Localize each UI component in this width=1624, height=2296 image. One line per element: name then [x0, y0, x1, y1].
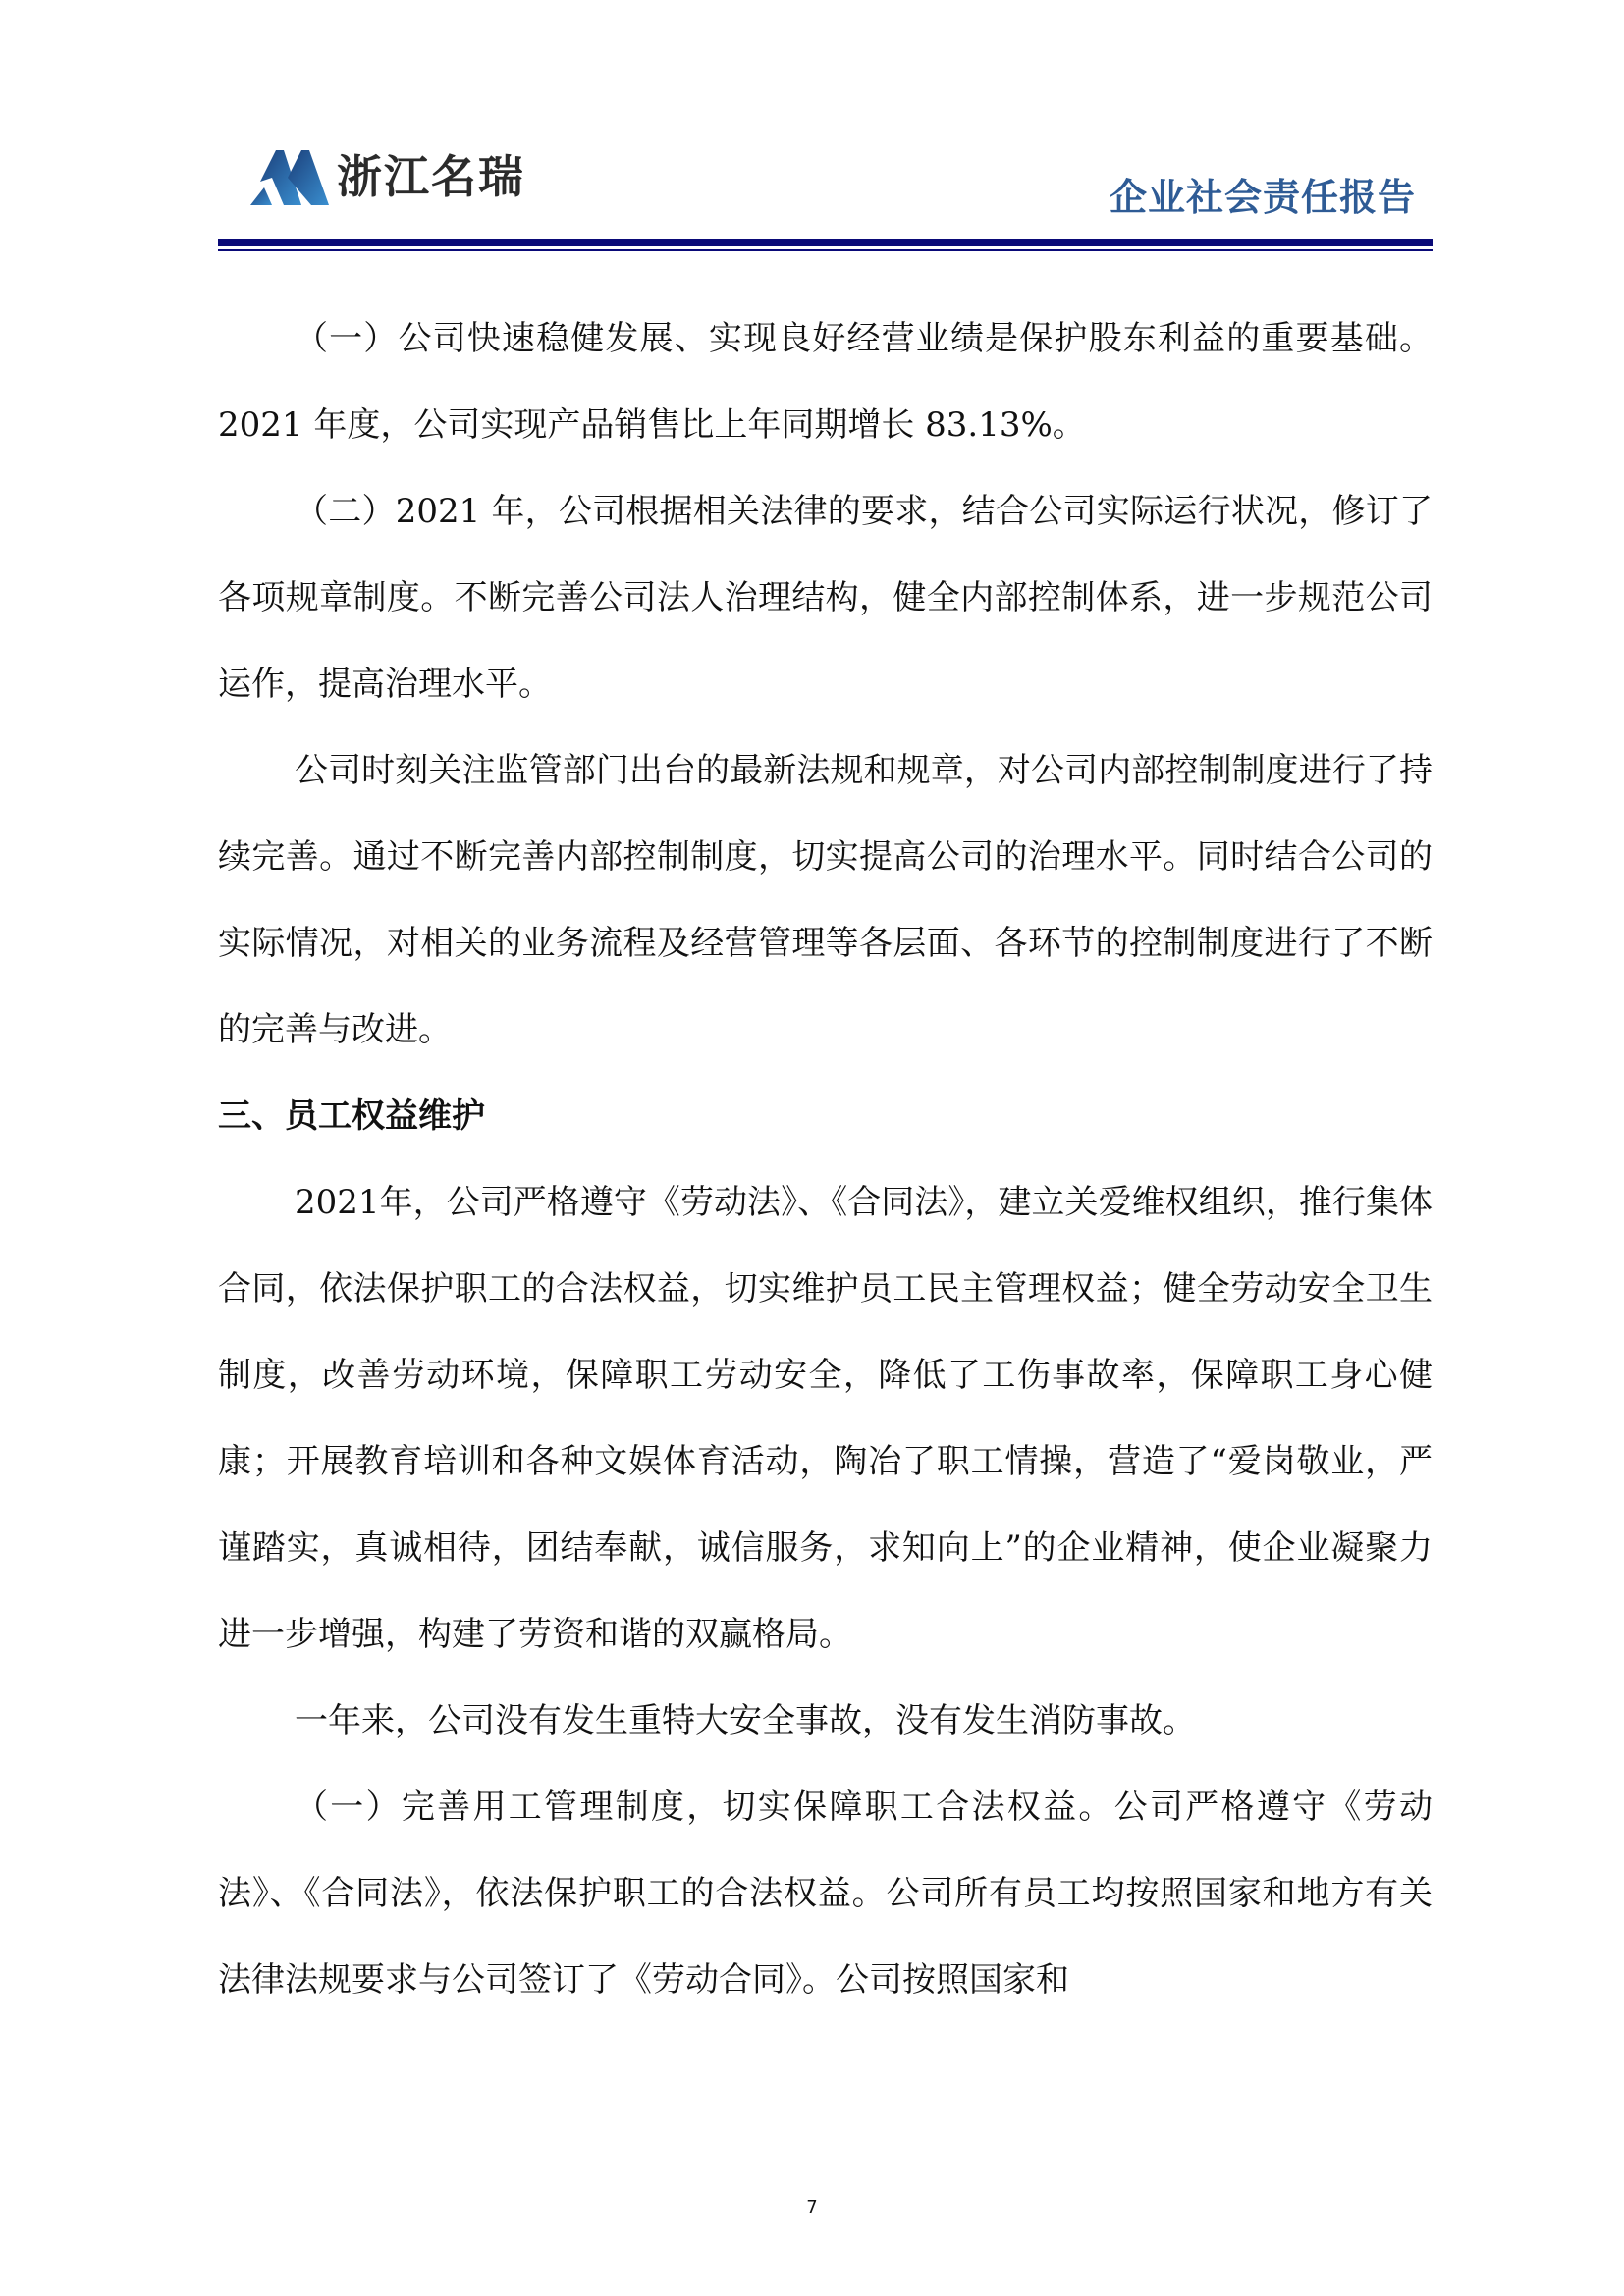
paragraph-performance: （一）公司快速稳健发展、实现良好经营业绩是保护股东利益的重要基础。2021 年度…: [218, 295, 1433, 468]
header-rule-thin: [218, 249, 1433, 251]
page-number: 7: [0, 2197, 1624, 2217]
paragraph-employment-management: （一）完善用工管理制度，切实保障职工合法权益。公司严格遵守《劳动法》、《合同法》…: [218, 1764, 1433, 2023]
header-rule-thick: [218, 239, 1433, 246]
section-heading: 三、员工权益维护: [218, 1073, 1433, 1159]
paragraph-governance: （二）2021 年，公司根据相关法律的要求，结合公司实际运行状况，修订了各项规章…: [218, 468, 1433, 727]
paragraph-internal-control: 公司时刻关注监管部门出台的最新法规和规章，对公司内部控制制度进行了持续完善。通过…: [218, 727, 1433, 1073]
logo-mountain-icon: [250, 148, 329, 205]
report-title: 企业社会责任报告: [1110, 179, 1416, 216]
company-logo: 浙江名瑞: [250, 147, 525, 206]
paragraph-safety: 一年来，公司没有发生重特大安全事故，没有发生消防事故。: [218, 1678, 1433, 1764]
paragraph-employee-rights: 2021年，公司严格遵守《劳动法》、《合同法》，建立关爱维权组织，推行集体合同，…: [218, 1159, 1433, 1678]
document-body: （一）公司快速稳健发展、实现良好经营业绩是保护股东利益的重要基础。2021 年度…: [218, 295, 1433, 2023]
logo-text: 浙江名瑞: [337, 154, 525, 199]
